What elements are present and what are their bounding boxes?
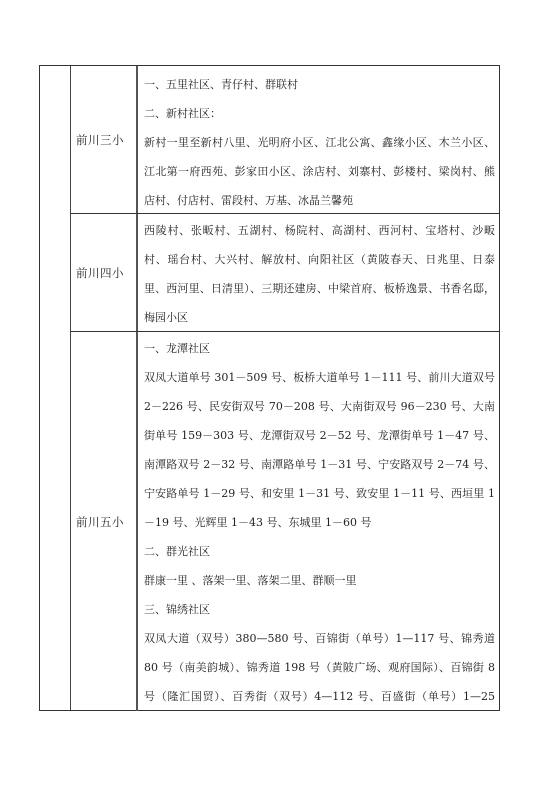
school-name-cell: 前川五小: [71, 332, 138, 711]
merged-outer-cell: [40, 66, 71, 710]
table-row: 前川五小 一、龙潭社区 双凤大道单号 301－509 号、板桥大道单号 1－11…: [71, 331, 499, 711]
paragraph: 新村一里至新村八里、光明府小区、江北公寓、鑫缘小区、木兰小区、江北第一府西苑、彭…: [144, 128, 495, 213]
school-district-table: 前川三小 一、五里社区、青仔村、群联村 二、新村社区： 新村一里至新村八里、光明…: [39, 65, 500, 711]
district-content-cell: 一、龙潭社区 双凤大道单号 301－509 号、板桥大道单号 1－111 号、前…: [138, 332, 499, 711]
paragraph: 一、五里社区、青仔村、群联村: [144, 70, 495, 99]
school-name-cell: 前川三小: [71, 66, 138, 213]
paragraph: 三、锦绣社区: [144, 595, 495, 624]
paragraph: 双凤大道（双号）380—580 号、百锦街（单号）1—117 号、锦秀道 80 …: [144, 624, 495, 711]
table-row: 前川四小 西陵村、张畈村、五湖村、杨院村、高湖村、西河村、宝塔村、沙畈村、瑶台村…: [71, 213, 499, 331]
paragraph: 双凤大道单号 301－509 号、板桥大道单号 1－111 号、前川大道双号 2…: [144, 363, 495, 537]
paragraph: 群康一里 、落架一里、落架二里、群顺一里: [144, 566, 495, 595]
document-page: 前川三小 一、五里社区、青仔村、群联村 二、新村社区： 新村一里至新村八里、光明…: [0, 0, 552, 786]
district-content-cell: 西陵村、张畈村、五湖村、杨院村、高湖村、西河村、宝塔村、沙畈村、瑶台村、大兴村、…: [138, 214, 499, 331]
district-content-cell: 一、五里社区、青仔村、群联村 二、新村社区： 新村一里至新村八里、光明府小区、江…: [138, 66, 499, 213]
paragraph: 二、新村社区：: [144, 99, 495, 128]
paragraph: 西陵村、张畈村、五湖村、杨院村、高湖村、西河村、宝塔村、沙畈村、瑶台村、大兴村、…: [144, 216, 495, 331]
table-row: 前川三小 一、五里社区、青仔村、群联村 二、新村社区： 新村一里至新村八里、光明…: [71, 66, 499, 213]
paragraph: 二、群光社区: [144, 537, 495, 566]
paragraph: 一、龙潭社区: [144, 334, 495, 363]
school-name-cell: 前川四小: [71, 214, 138, 331]
